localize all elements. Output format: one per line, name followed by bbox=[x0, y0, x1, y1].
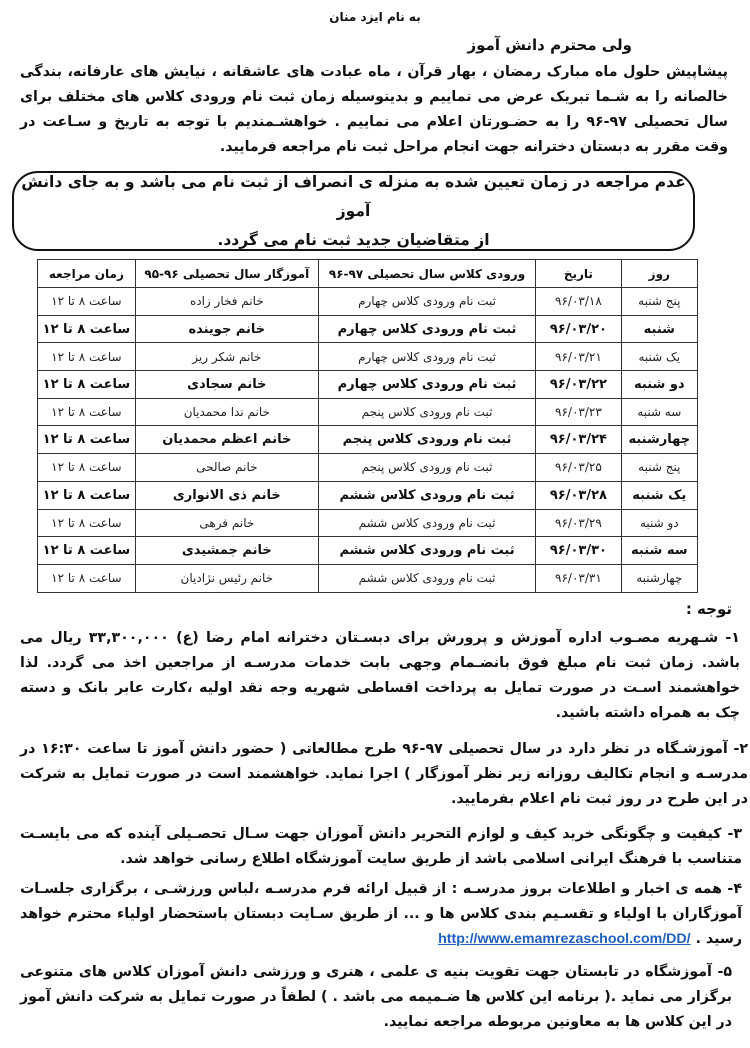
cell-date: ۹۶/۰۳/۲۱ bbox=[536, 343, 621, 371]
cell-class: ثبت نام ورودی کلاس پنجم bbox=[318, 454, 535, 482]
table-row: سه شنبه ۹۶/۰۳/۲۳ ثبت نام ورودی کلاس پنجم… bbox=[38, 398, 698, 426]
table-row: دو شنبه ۹۶/۰۳/۲۲ ثبت نام ورودی کلاس چهار… bbox=[38, 371, 698, 399]
cell-day: چهارشنبه bbox=[621, 564, 697, 592]
notes-title: توجه : bbox=[686, 600, 732, 618]
cell-date: ۹۶/۰۳/۲۳ bbox=[536, 398, 621, 426]
cell-teacher: خانم اعظم محمدیان bbox=[135, 426, 318, 454]
cell-class: ثبت نام ورودی کلاس چهارم bbox=[318, 288, 535, 316]
cell-day: دو شنبه bbox=[621, 371, 697, 399]
warning-box: عدم مراجعه در زمان تعیین شده به منزله ی … bbox=[12, 171, 695, 251]
note-number: ۲- bbox=[733, 741, 748, 757]
salutation: ولی محترم دانش آموز bbox=[468, 36, 633, 54]
cell-date: ۹۶/۰۳/۲۵ bbox=[536, 454, 621, 482]
cell-teacher: خانم جمشیدی bbox=[135, 537, 318, 565]
cell-time: ساعت ۸ تا ۱۲ bbox=[38, 426, 136, 454]
note-item-3: ۳- کیفیت و چگونگی خرید کیف و لوازم التحر… bbox=[20, 822, 742, 872]
cell-teacher: خانم فخار زاده bbox=[135, 288, 318, 316]
cell-time: ساعت ۸ تا ۱۲ bbox=[38, 564, 136, 592]
cell-time: ساعت ۸ تا ۱۲ bbox=[38, 398, 136, 426]
warning-line-2: از متقاضیان جدید ثبت نام می گردد. bbox=[217, 226, 489, 255]
cell-class: ثبت نام ورودی کلاس ششم bbox=[318, 537, 535, 565]
cell-teacher: خانم فرهی bbox=[135, 509, 318, 537]
header-day: روز bbox=[621, 260, 697, 288]
cell-teacher: خانم جوینده bbox=[135, 315, 318, 343]
header-time: زمان مراجعه bbox=[38, 260, 136, 288]
table-row: یک شنبه ۹۶/۰۳/۲۱ ثبت نام ورودی کلاس چهار… bbox=[38, 343, 698, 371]
note-number: ۴- bbox=[727, 881, 742, 897]
cell-day: پنج شنبه bbox=[621, 454, 697, 482]
cell-class: ثبت نام ورودی کلاس ششم bbox=[318, 481, 535, 509]
cell-time: ساعت ۸ تا ۱۲ bbox=[38, 315, 136, 343]
table-row: پنج شنبه ۹۶/۰۳/۱۸ ثبت نام ورودی کلاس چها… bbox=[38, 288, 698, 316]
cell-time: ساعت ۸ تا ۱۲ bbox=[38, 454, 136, 482]
cell-day: سه شنبه bbox=[621, 537, 697, 565]
cell-class: ثبت نام ورودی کلاس چهارم bbox=[318, 343, 535, 371]
registration-notice-page: به نام ایزد منان ولی محترم دانش آموز پیش… bbox=[0, 0, 750, 1048]
table-row: شنبه ۹۶/۰۳/۲۰ ثبت نام ورودی کلاس چهارم خ… bbox=[38, 315, 698, 343]
cell-date: ۹۶/۰۳/۲۴ bbox=[536, 426, 621, 454]
note-number: ۵- bbox=[717, 964, 732, 980]
header-date: تاریخ bbox=[536, 260, 621, 288]
warning-line-1: عدم مراجعه در زمان تعیین شده به منزله ی … bbox=[14, 168, 693, 226]
note-item-1: ۱- شـهریه مصـوب اداره آموزش و پرورش برای… bbox=[20, 626, 740, 726]
cell-time: ساعت ۸ تا ۱۲ bbox=[38, 343, 136, 371]
table-row: چهارشنبه ۹۶/۰۳/۲۴ ثبت نام ورودی کلاس پنج… bbox=[38, 426, 698, 454]
cell-date: ۹۶/۰۳/۳۱ bbox=[536, 564, 621, 592]
note-number: ۳- bbox=[727, 826, 742, 842]
registration-schedule-table: روز تاریخ ورودی کلاس سال تحصیلی ۹۷-۹۶ آم… bbox=[37, 259, 698, 593]
note-text: شـهریه مصـوب اداره آموزش و پرورش برای دب… bbox=[20, 630, 740, 721]
cell-teacher: خانم رئیس نژادیان bbox=[135, 564, 318, 592]
cell-teacher: خانم ندا محمدیان bbox=[135, 398, 318, 426]
cell-class: ثبت نام ورودی کلاس ششم bbox=[318, 509, 535, 537]
header-teacher: آموزگار سال تحصیلی ۹۶-۹۵ bbox=[135, 260, 318, 288]
cell-day: چهارشنبه bbox=[621, 426, 697, 454]
table-row: چهارشنبه ۹۶/۰۳/۳۱ ثبت نام ورودی کلاس ششم… bbox=[38, 564, 698, 592]
table-header-row: روز تاریخ ورودی کلاس سال تحصیلی ۹۷-۹۶ آم… bbox=[38, 260, 698, 288]
table-row: سه شنبه ۹۶/۰۳/۳۰ ثبت نام ورودی کلاس ششم … bbox=[38, 537, 698, 565]
school-website-link[interactable]: http://www.emamrezaschool.com/DD/ bbox=[438, 931, 691, 947]
cell-date: ۹۶/۰۳/۲۹ bbox=[536, 509, 621, 537]
cell-date: ۹۶/۰۳/۳۰ bbox=[536, 537, 621, 565]
cell-time: ساعت ۸ تا ۱۲ bbox=[38, 481, 136, 509]
cell-date: ۹۶/۰۳/۲۰ bbox=[536, 315, 621, 343]
cell-day: یک شنبه bbox=[621, 481, 697, 509]
cell-teacher: خانم سجادی bbox=[135, 371, 318, 399]
cell-time: ساعت ۸ تا ۱۲ bbox=[38, 288, 136, 316]
cell-teacher: خانم صالحی bbox=[135, 454, 318, 482]
cell-class: ثبت نام ورودی کلاس پنجم bbox=[318, 426, 535, 454]
cell-class: ثبت نام ورودی کلاس پنجم bbox=[318, 398, 535, 426]
cell-day: پنج شنبه bbox=[621, 288, 697, 316]
cell-teacher: خانم ذی الانواری bbox=[135, 481, 318, 509]
table-row: دو شنبه ۹۶/۰۳/۲۹ ثبت نام ورودی کلاس ششم … bbox=[38, 509, 698, 537]
cell-date: ۹۶/۰۳/۲۲ bbox=[536, 371, 621, 399]
cell-class: ثبت نام ورودی کلاس چهارم bbox=[318, 315, 535, 343]
table-row: یک شنبه ۹۶/۰۳/۲۸ ثبت نام ورودی کلاس ششم … bbox=[38, 481, 698, 509]
cell-time: ساعت ۸ تا ۱۲ bbox=[38, 509, 136, 537]
note-number: ۱- bbox=[725, 630, 740, 646]
cell-day: شنبه bbox=[621, 315, 697, 343]
cell-date: ۹۶/۰۳/۱۸ bbox=[536, 288, 621, 316]
cell-class: ثبت نام ورودی کلاس چهارم bbox=[318, 371, 535, 399]
cell-day: دو شنبه bbox=[621, 509, 697, 537]
note-text: آموزشـگاه در نظر دارد در سال تحصیلی ۹۷-۹… bbox=[20, 741, 748, 807]
header-class: ورودی کلاس سال تحصیلی ۹۷-۹۶ bbox=[318, 260, 535, 288]
cell-class: ثبت نام ورودی کلاس ششم bbox=[318, 564, 535, 592]
basmala-heading: به نام ایزد منان bbox=[0, 10, 750, 24]
note-item-5: ۵- آموزشگاه در تابستان جهت تقویت بنیه ی … bbox=[20, 960, 732, 1035]
cell-day: سه شنبه bbox=[621, 398, 697, 426]
note-item-2: ۲- آموزشـگاه در نظر دارد در سال تحصیلی ۹… bbox=[20, 737, 748, 812]
note-text: آموزشگاه در تابستان جهت تقویت بنیه ی علم… bbox=[20, 964, 732, 1030]
note-item-4: ۴- همه ی اخبار و اطلاعات بروز مدرسـه : ا… bbox=[20, 877, 742, 952]
cell-teacher: خانم شکر ریز bbox=[135, 343, 318, 371]
note-text: کیفیت و چگونگی خرید کیف و لوازم التحریر … bbox=[20, 826, 742, 867]
cell-date: ۹۶/۰۳/۲۸ bbox=[536, 481, 621, 509]
intro-paragraph: پیشاپیش حلول ماه مبارک رمضان ، بهار قرآن… bbox=[20, 60, 728, 160]
cell-time: ساعت ۸ تا ۱۲ bbox=[38, 537, 136, 565]
cell-day: یک شنبه bbox=[621, 343, 697, 371]
table-row: پنج شنبه ۹۶/۰۳/۲۵ ثبت نام ورودی کلاس پنج… bbox=[38, 454, 698, 482]
cell-time: ساعت ۸ تا ۱۲ bbox=[38, 371, 136, 399]
